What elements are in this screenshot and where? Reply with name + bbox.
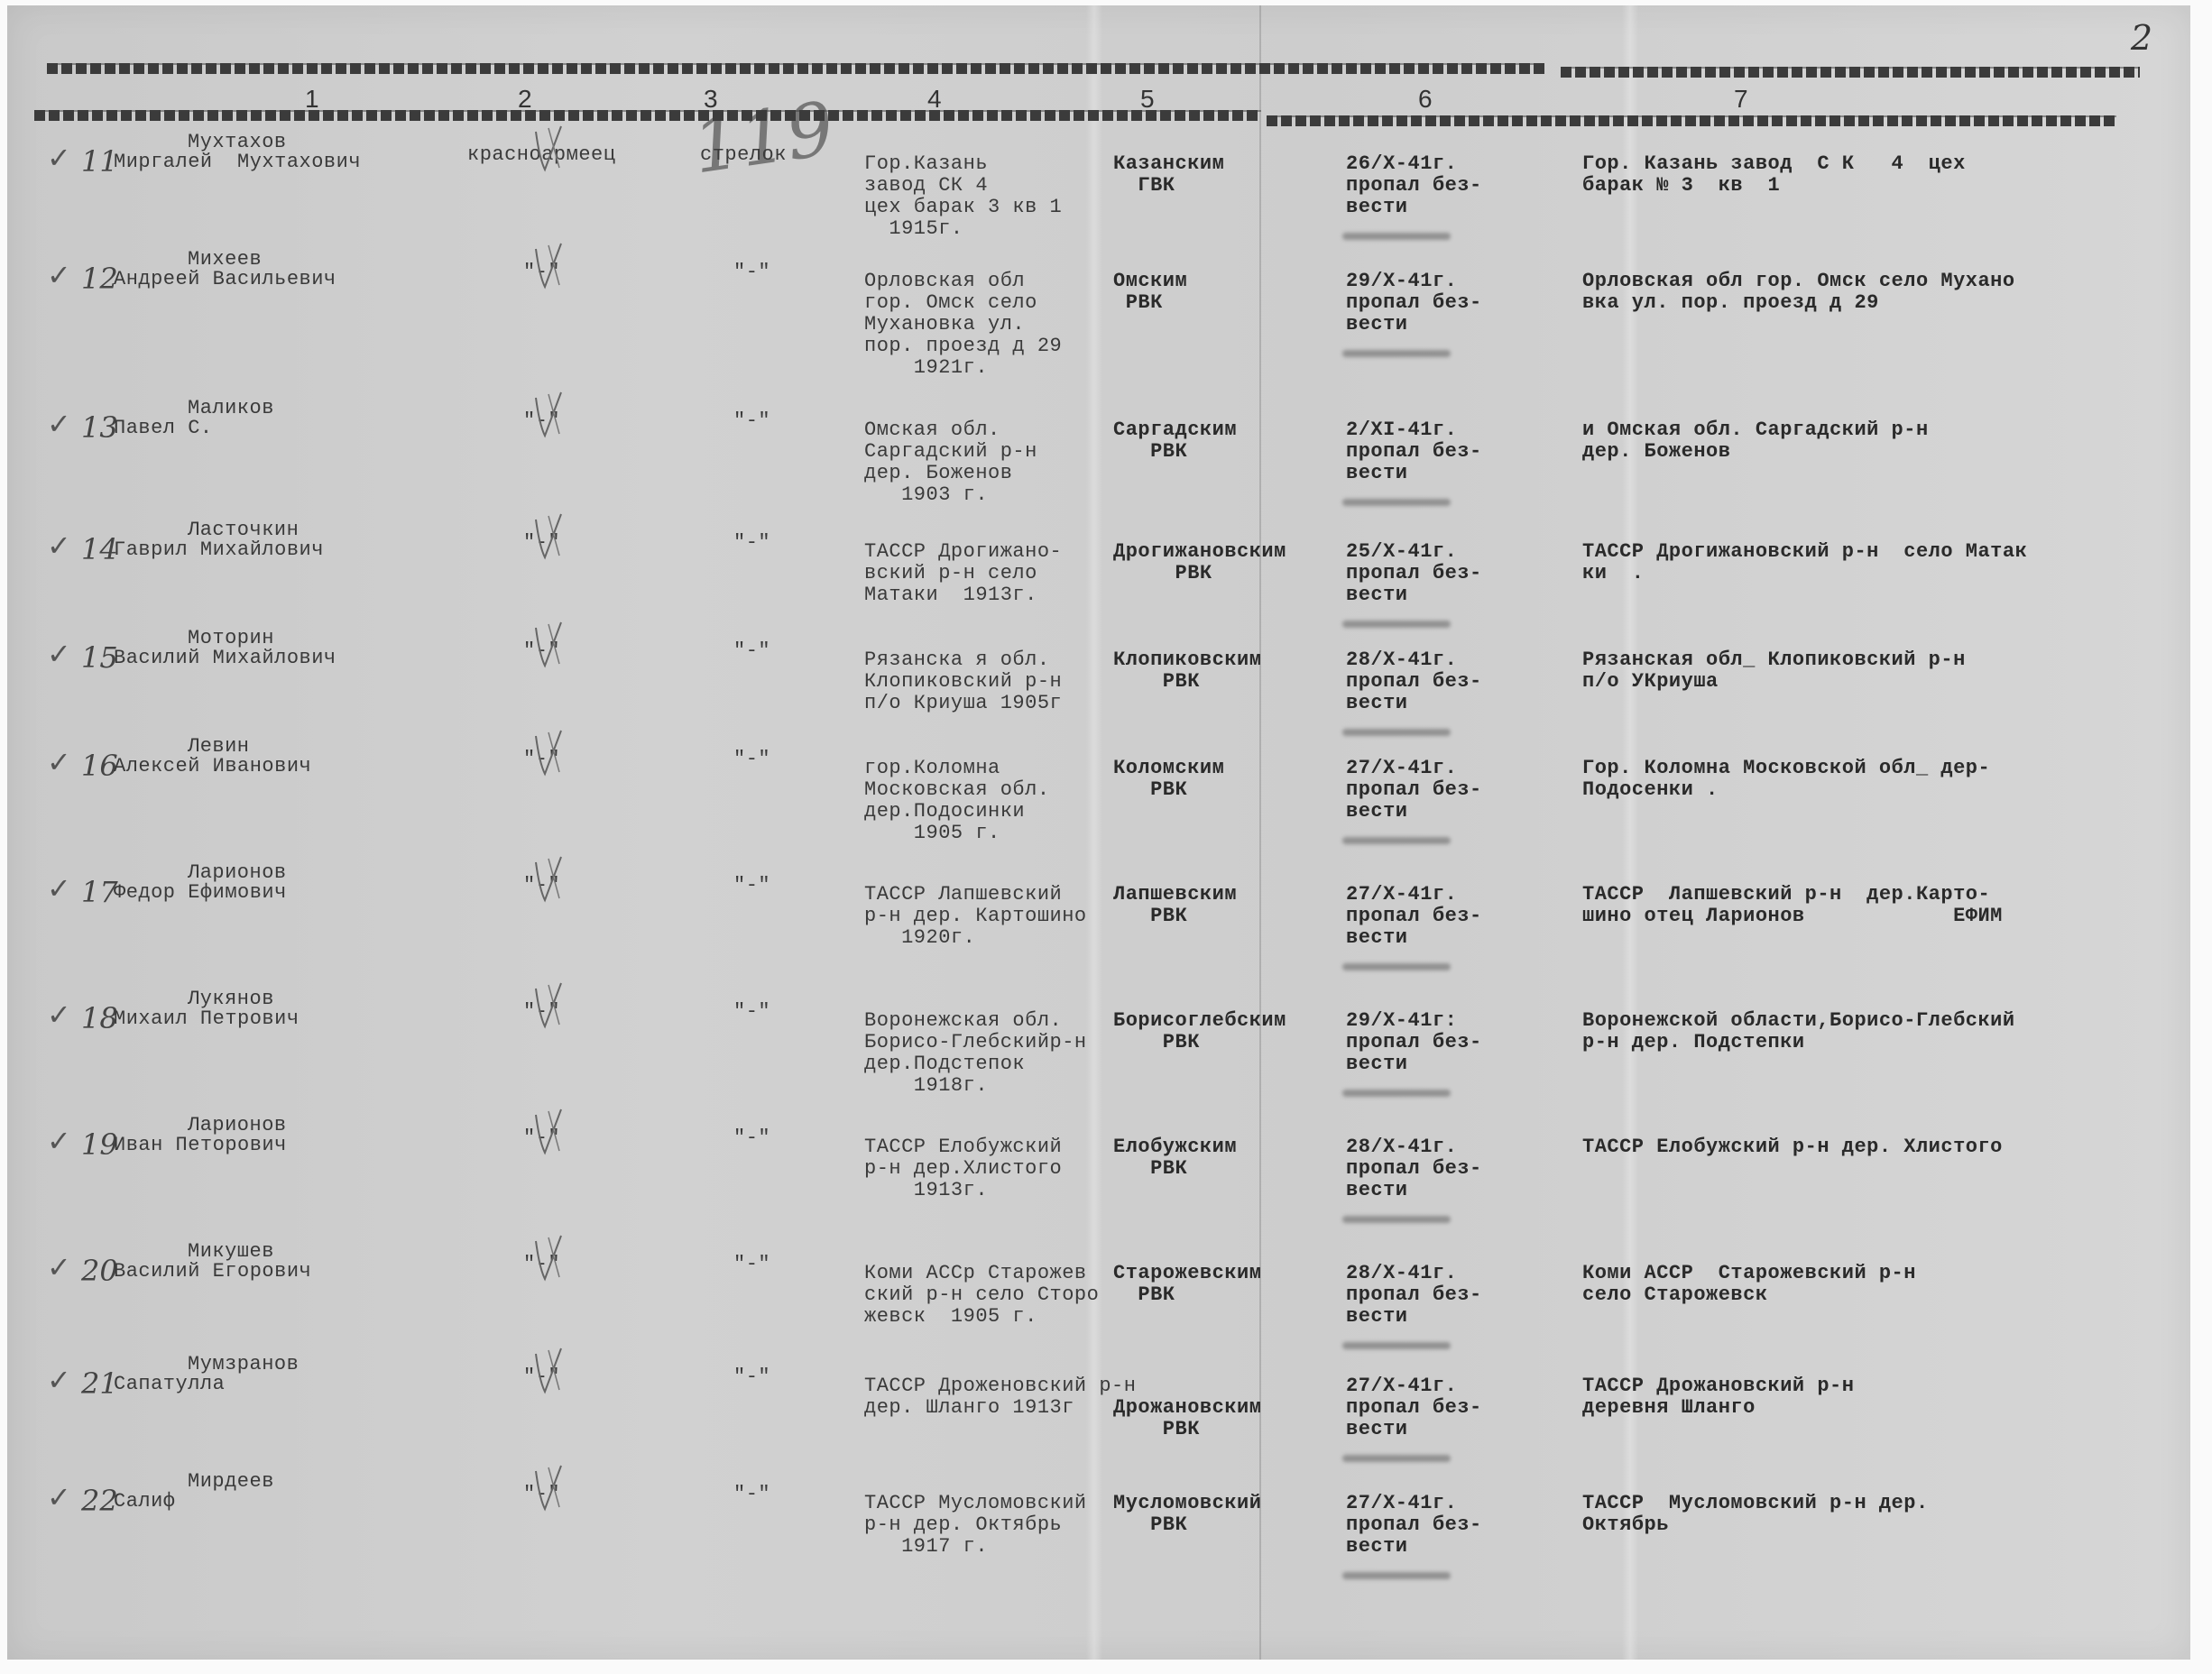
given-names: Миргалей Мухтахович (114, 152, 361, 173)
row-number: 11 (81, 144, 118, 179)
date-fate: 27/X-41г. пропал без- вести (1346, 1375, 1482, 1440)
row-number: 16 (81, 749, 118, 783)
pencil-tick-icon (530, 123, 567, 177)
family-address: ТАССР Лапшевский р-н дер.Карто- шино оте… (1582, 884, 2003, 927)
family-address: ТАССР Дрожановский р-н деревня Шланго (1582, 1375, 1854, 1419)
given-names: Федор Ефимович (114, 882, 287, 904)
row-number: 19 (81, 1127, 118, 1162)
date-fate: 27/X-41г. пропал без- вести (1346, 758, 1482, 823)
checkmark-icon: ✓ (47, 1363, 71, 1397)
drafted-by-rvk: Лапшевским РВК (1113, 884, 1237, 927)
drafted-by-rvk: Старожевским РВК (1113, 1263, 1261, 1306)
pencil-tick-icon (530, 510, 567, 565)
family-address: Гор. Коломна Московской обл_ дер- Подосе… (1582, 758, 1990, 801)
position: стрелок (700, 144, 787, 166)
checkmark-icon: ✓ (47, 529, 71, 563)
header-rule-bottom-right (1267, 115, 2116, 126)
pencil-tick-icon (530, 240, 567, 294)
given-names: Салиф (114, 1491, 176, 1513)
date-fate: 28/X-41г. пропал без- вести (1346, 1263, 1482, 1328)
ink-smudge (1342, 963, 1451, 970)
pencil-tick-icon (530, 619, 567, 673)
ink-smudge (1342, 1342, 1451, 1349)
given-names: Павел С. (114, 418, 213, 439)
ink-smudge (1342, 1090, 1451, 1097)
date-fate: 26/X-41г. пропал без- вести (1346, 153, 1482, 218)
header-rule-top (47, 63, 1544, 74)
given-names: Алексей Иванович (114, 756, 311, 777)
position: "-" (733, 749, 770, 770)
date-fate: 28/X-41г. пропал без- вести (1346, 1136, 1482, 1201)
birthplace-year: ТАССР Дрогижано- вский р-н село Матаки 1… (864, 541, 1062, 606)
birthplace-year: гор.Коломна Московская обл. дер.Подосинк… (864, 758, 1050, 844)
drafted-by-rvk: Омским РВК (1113, 271, 1187, 314)
family-address: Рязанская обл_ Клопиковский р-н п/о УКри… (1582, 649, 1966, 693)
birthplace-year: ТАССР Мусломовский р-н дер. Октябрь 1917… (864, 1493, 1087, 1558)
date-fate: 27/X-41г. пропал без- вести (1346, 1493, 1482, 1558)
column-number-3: 3 (704, 85, 718, 114)
position: "-" (733, 1001, 770, 1023)
birthplace-year: Воронежская обл. Борисо-Глебскийр-н дер.… (864, 1010, 1087, 1097)
row-number: 21 (81, 1366, 118, 1401)
date-fate: 25/X-41г. пропал без- вести (1346, 541, 1482, 606)
row-number: 15 (81, 640, 118, 675)
given-names: Иван Петорович (114, 1135, 287, 1156)
ink-smudge (1342, 1572, 1451, 1579)
page-number-mark: 2 (2131, 18, 2152, 58)
pencil-tick-icon (530, 1462, 567, 1516)
drafted-by-rvk: Коломским РВК (1113, 758, 1224, 801)
checkmark-icon: ✓ (47, 1480, 71, 1514)
pencil-tick-icon (530, 853, 567, 907)
given-names: Василий Егорович (114, 1261, 311, 1283)
header-rule-top-right (1561, 67, 2140, 78)
given-names: Михаил Петрович (114, 1008, 300, 1030)
row-number: 20 (81, 1254, 118, 1288)
family-address: ТАССР Елобужский р-н дер. Хлистого (1582, 1136, 2003, 1158)
position: "-" (733, 410, 770, 432)
checkmark-icon: ✓ (47, 1124, 71, 1158)
birthplace-year: Коми АССр Старожев ский р-н село Сторо ж… (864, 1263, 1099, 1328)
column-number-4: 4 (927, 85, 942, 114)
given-names: Василий Михайлович (114, 648, 336, 669)
checkmark-icon: ✓ (47, 745, 71, 779)
position: "-" (733, 262, 770, 283)
drafted-by-rvk: Клопиковским РВК (1113, 649, 1261, 693)
position: "-" (733, 1366, 770, 1388)
birthplace-year: Рязанска я обл. Клопиковский р-н п/о Кри… (864, 649, 1062, 714)
birthplace-year: Гор.Казань завод СК 4 цех барак 3 кв 1 1… (864, 153, 1062, 240)
column-number-5: 5 (1140, 85, 1155, 114)
pencil-tick-icon (530, 389, 567, 443)
ink-smudge (1342, 837, 1451, 844)
date-fate: 29/X-41г: пропал без- вести (1346, 1010, 1482, 1075)
ink-smudge (1342, 350, 1451, 357)
position: "-" (733, 532, 770, 554)
family-address: и Омская обл. Саргадский р-н дер. Божено… (1582, 419, 1929, 463)
surname: Мирдеев (188, 1471, 274, 1493)
pencil-tick-icon (530, 1345, 567, 1399)
position: "-" (733, 1127, 770, 1149)
family-address: ТАССР Мусломовский р-н дер. Октябрь (1582, 1493, 1929, 1536)
position: "-" (733, 1254, 770, 1275)
position: "-" (733, 875, 770, 897)
family-address: Воронежской области,Борисо-Глебский р-н … (1582, 1010, 2015, 1053)
row-number: 14 (81, 532, 118, 566)
drafted-by-rvk: Борисоглебским РВК (1113, 1010, 1286, 1053)
ink-smudge (1342, 621, 1451, 628)
checkmark-icon: ✓ (47, 871, 71, 906)
row-number: 17 (81, 875, 118, 909)
position: "-" (733, 1484, 770, 1505)
pencil-tick-icon (530, 727, 567, 781)
row-number: 22 (81, 1484, 118, 1518)
ink-smudge (1342, 233, 1451, 240)
birthplace-year: Орловская обл гор. Омск село Мухановка у… (864, 271, 1062, 379)
checkmark-icon: ✓ (47, 258, 71, 292)
birthplace-year: ТАССР Елобужский р-н дер.Хлистого 1913г. (864, 1136, 1062, 1201)
row-number: 12 (81, 262, 118, 296)
family-address: ТАССР Дрогижановский р-н село Матак ки . (1582, 541, 2027, 584)
column-number-7: 7 (1734, 85, 1748, 114)
family-address: Орловская обл гор. Омск село Мухано вка … (1582, 271, 2015, 314)
birthplace-year: Омская обл. Саргадский р-н дер. Боженов … (864, 419, 1037, 506)
checkmark-icon: ✓ (47, 998, 71, 1032)
pencil-tick-icon (530, 1106, 567, 1160)
birthplace-year: ТАССР Лапшевский р-н дер. Картошино 1920… (864, 884, 1087, 949)
ink-smudge (1342, 729, 1451, 736)
drafted-by-rvk: Дрогижановским РВК (1113, 541, 1286, 584)
column-number-1: 1 (305, 85, 319, 114)
given-names: Гаврил Михайлович (114, 539, 324, 561)
drafted-by-rvk: Саргадским РВК (1113, 419, 1237, 463)
family-address: Гор. Казань завод С К 4 цех барак № 3 кв… (1582, 153, 1966, 197)
family-address: Коми АССР Старожевский р-н село Старожев… (1582, 1263, 1916, 1306)
date-fate: 29/X-41г. пропал без- вести (1346, 271, 1482, 336)
given-names: Сапатулла (114, 1374, 225, 1395)
header-rule-bottom (34, 110, 1261, 121)
given-names: Андреей Васильевич (114, 269, 336, 290)
birthplace-year: ТАССР Дроженовский р-н дер. Шланго 1913г (864, 1375, 1136, 1419)
archive-document-page: 2 119 1 2 3 4 5 6 7 ✓ 11 Мухтахов Миргал… (7, 5, 2190, 1660)
column-number-2: 2 (518, 85, 532, 114)
column-number-6: 6 (1418, 85, 1433, 114)
row-number: 13 (81, 410, 118, 445)
pencil-tick-icon (530, 980, 567, 1034)
checkmark-icon: ✓ (47, 637, 71, 671)
checkmark-icon: ✓ (47, 141, 71, 175)
drafted-by-rvk: Елобужским РВК (1113, 1136, 1237, 1180)
ink-smudge (1342, 1455, 1451, 1462)
drafted-by-rvk: Мусломовский РВК (1113, 1493, 1261, 1536)
date-fate: 27/X-41г. пропал без- вести (1346, 884, 1482, 949)
date-fate: 28/X-41г. пропал без- вести (1346, 649, 1482, 714)
ink-smudge (1342, 1216, 1451, 1223)
checkmark-icon: ✓ (47, 1250, 71, 1284)
row-number: 18 (81, 1001, 118, 1035)
ink-smudge (1342, 499, 1451, 506)
pencil-tick-icon (530, 1232, 567, 1286)
checkmark-icon: ✓ (47, 407, 71, 441)
drafted-by-rvk: Казанским ГВК (1113, 153, 1224, 197)
position: "-" (733, 640, 770, 662)
drafted-by-rvk: Дрожановским РВК (1113, 1375, 1261, 1440)
date-fate: 2/XI-41г. пропал без- вести (1346, 419, 1482, 484)
